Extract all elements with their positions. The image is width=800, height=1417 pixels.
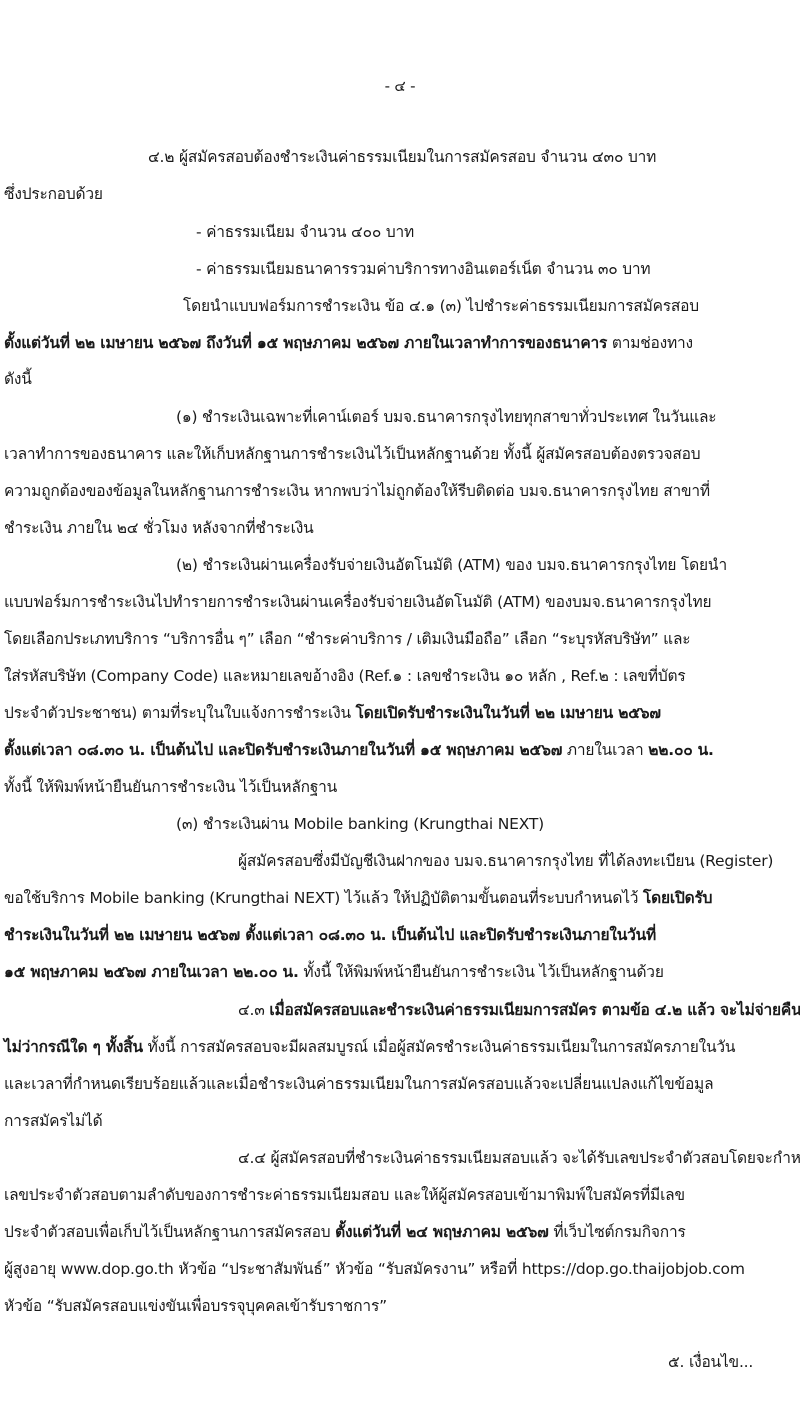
section-4-4-line: ผู้สูงอายุ www.dop.go.th หัวข้อ “ประชาสั…	[4, 1259, 745, 1279]
section-4-3-line: ๔.๓ เมื่อสมัครสอบและชำระเงินค่าธรรมเนียม…	[238, 1000, 800, 1020]
method-3-title: (๓) ชำระเงินผ่าน Mobile banking (Krungth…	[176, 814, 544, 834]
section-4-2-heading-cont: ซึ่งประกอบด้วย	[4, 184, 103, 204]
method-2-line: แบบฟอร์มการชำระเงินไปทำรายการชำระเงินผ่า…	[4, 592, 711, 612]
method-3-line: ๑๕ พฤษภาคม ๒๕๖๗ ภายในเวลา ๒๒.๐๐ น. ทั้งน…	[4, 962, 664, 982]
method-1-line: ชำระเงิน ภายใน ๒๔ ชั่วโมง หลังจากที่ชำระ…	[4, 518, 314, 538]
section-4-4-line: หัวข้อ “รับสมัครสอบแข่งขันเพื่อบรรจุบุคค…	[4, 1296, 387, 1316]
section-4-4-line: ๔.๔ ผู้สมัครสอบที่ชำระเงินค่าธรรมเนียมสอ…	[238, 1148, 800, 1168]
method-2-line: ใส่รหัสบริษัท (Company Code) และหมายเลขอ…	[4, 666, 686, 686]
payment-period-dates: ตั้งแต่วันที่ ๒๒ เมษายน ๒๕๖๗ ถึงวันที่ ๑…	[4, 334, 607, 352]
method-3-line: ขอใช้บริการ Mobile banking (Krungthai NE…	[4, 888, 712, 908]
method-2-line: ทั้งนี้ ให้พิมพ์หน้ายืนยันการชำระเงิน ไว…	[4, 777, 337, 797]
method-2-line: ตั้งแต่เวลา ๐๘.๓๐ น. เป็นต้นไป และปิดรับ…	[4, 740, 714, 760]
method-2-line: ประจำตัวประชาชน) ตามที่ระบุในใบแจ้งการชำ…	[4, 703, 661, 723]
payment-period-cont: ดังนี้	[4, 369, 32, 389]
section-4-3-line: ไม่ว่ากรณีใด ๆ ทั้งสิ้น ทั้งนี้ การสมัคร…	[4, 1037, 735, 1057]
section-4-3-line: และเวลาที่กำหนดเรียบร้อยแล้วและเมื่อชำระ…	[4, 1074, 713, 1094]
page-number: - ๔ -	[0, 76, 800, 96]
method-1-line: ความถูกต้องของข้อมูลในหลักฐานการชำระเงิน…	[4, 481, 710, 501]
thaijobjob-link[interactable]: https://dop.go.thaijobjob.com	[522, 1260, 745, 1278]
fee-item-2: - ค่าธรรมเนียมธนาคารรวมค่าบริการทางอินเต…	[196, 259, 650, 279]
method-2-line: (๒) ชำระเงินผ่านเครื่องรับจ่ายเงินอัตโนม…	[176, 555, 727, 575]
section-4-4-line: ประจำตัวสอบเพื่อเก็บไว้เป็นหลักฐานการสมั…	[4, 1222, 686, 1242]
method-3-line: ชำระเงินในวันที่ ๒๒ เมษายน ๒๕๖๗ ตั้งแต่เ…	[4, 925, 656, 945]
section-4-4-line: เลขประจำตัวสอบตามลำดับของการชำระค่าธรรมเ…	[4, 1185, 685, 1205]
payment-period: ตั้งแต่วันที่ ๒๒ เมษายน ๒๕๖๗ ถึงวันที่ ๑…	[4, 333, 693, 353]
method-1-line: (๑) ชำระเงินเฉพาะที่เคาน์เตอร์ บมจ.ธนาคา…	[176, 407, 716, 427]
method-3-line: ผู้สมัครสอบซึ่งมีบัญชีเงินฝากของ บมจ.ธนา…	[238, 851, 773, 871]
fee-item-1: - ค่าธรรมเนียม จำนวน ๔๐๐ บาท	[196, 222, 414, 242]
method-1-line: เวลาทำการของธนาคาร และให้เก็บหลักฐานการช…	[4, 444, 700, 464]
section-4-2-heading: ๔.๒ ผู้สมัครสอบต้องชำระเงินค่าธรรมเนียมใ…	[148, 147, 656, 167]
payment-intro: โดยนำแบบฟอร์มการชำระเงิน ข้อ ๔.๑ (๓) ไปช…	[183, 296, 699, 316]
next-page-continuation: ๕. เงื่อนไข...	[668, 1352, 753, 1372]
method-2-line: โดยเลือกประเภทบริการ “บริการอื่น ๆ” เลือ…	[4, 629, 690, 649]
section-4-3-line: การสมัครไม่ได้	[4, 1111, 102, 1131]
dop-website-link[interactable]: www.dop.go.th	[61, 1260, 174, 1278]
